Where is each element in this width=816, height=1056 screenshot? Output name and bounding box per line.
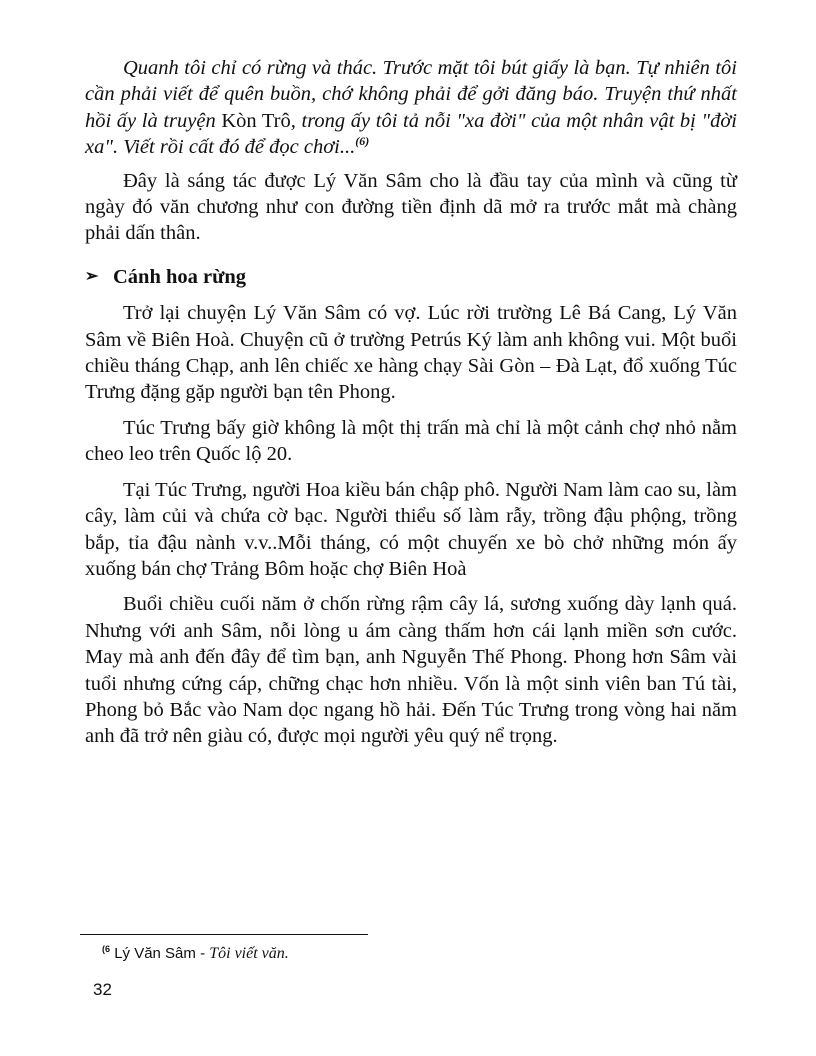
body-paragraph: Buổi chiều cuối năm ở chốn rừng rậm cây … xyxy=(85,591,737,749)
arrow-bullet-icon: ➢ xyxy=(85,264,113,290)
footnote-number: (6 xyxy=(102,944,110,954)
body-paragraph: Trở lại chuyện Lý Văn Sâm có vợ. Lúc rời… xyxy=(85,300,737,406)
body-paragraph: Tại Túc Trưng, người Hoa kiều bán chập p… xyxy=(85,477,737,583)
footnote-title: Tôi viết văn. xyxy=(209,945,289,962)
work-title: Kòn Trô xyxy=(221,110,290,132)
section-heading-text: Cánh hoa rừng xyxy=(113,264,246,290)
page-number: 32 xyxy=(93,980,112,1000)
body-paragraph: Đây là sáng tác được Lý Văn Sâm cho là đ… xyxy=(85,168,737,247)
body-paragraph: Túc Trưng bấy giờ không là một thị trấn … xyxy=(85,415,737,468)
footnote-divider xyxy=(80,934,368,935)
footnote: (6 Lý Văn Sâm - Tôi viết văn. xyxy=(102,944,289,963)
page-body: Quanh tôi chỉ có rừng và thác. Trước mặt… xyxy=(85,55,737,750)
section-heading: ➢ Cánh hoa rừng xyxy=(85,264,737,290)
footnote-author: Lý Văn Sâm - xyxy=(114,945,209,962)
footnote-reference: (6) xyxy=(355,134,369,148)
quote-paragraph: Quanh tôi chỉ có rừng và thác. Trước mặt… xyxy=(85,55,737,161)
